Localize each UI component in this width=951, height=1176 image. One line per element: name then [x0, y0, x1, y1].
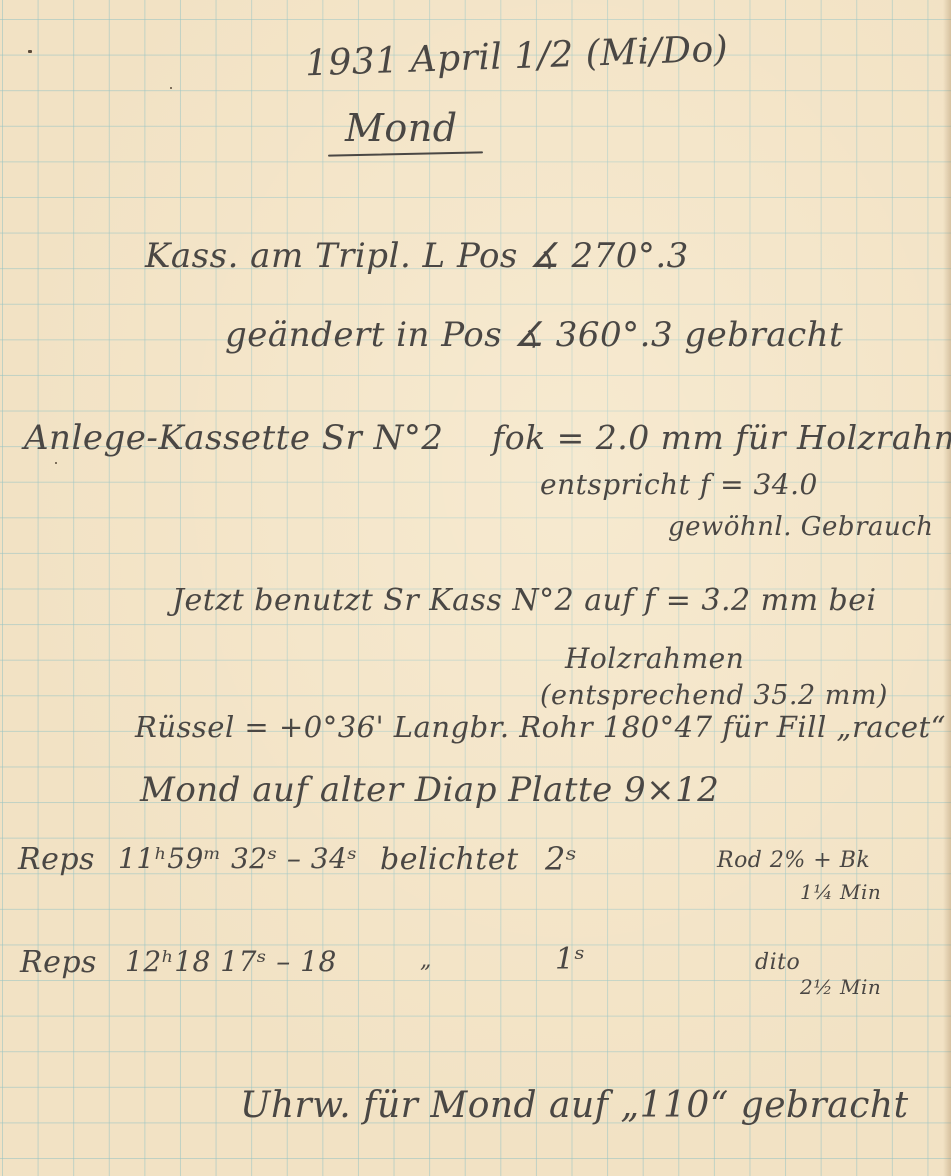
ink-speck: [28, 50, 32, 53]
date-line: 1931 April 1/2 (Mi/Do): [304, 29, 728, 85]
exposure-label: Reps: [18, 842, 95, 877]
ink-speck: [55, 462, 57, 464]
exposure-dev-time: 2½ Min: [800, 975, 881, 999]
note-line-4: entspricht f = 34.0: [540, 468, 818, 501]
exposure-action: belichtet: [380, 842, 519, 877]
title-underline: [328, 151, 483, 156]
notebook-page: 1931 April 1/2 (Mi/Do) Mond Kass. am Tri…: [0, 0, 951, 1176]
note-line-8: (entsprechend 35.2 mm): [540, 680, 888, 711]
exposure-filter: Rod 2% + Bk: [717, 848, 870, 873]
footer-note: Uhrw. für Mond auf „110“ gebracht: [240, 1085, 909, 1126]
note-line-1: Kass. am Tripl. L Pos ∡ 270°.3: [145, 236, 689, 276]
exposure-filter: dito: [755, 950, 800, 975]
page-title: Mond: [345, 106, 458, 150]
exposure-duration: 2ˢ: [545, 840, 577, 878]
ink-speck: [170, 87, 172, 89]
note-line-5: gewöhnl. Gebrauch: [668, 512, 934, 542]
page-edge-shadow: [943, 0, 951, 1176]
exposure-time: 11ʰ59ᵐ 32ˢ – 34ˢ: [118, 842, 357, 875]
exposure-action: „: [420, 948, 432, 973]
exposure-time: 12ʰ18 17ˢ – 18: [125, 945, 337, 978]
note-line-7: Holzrahmen: [565, 642, 744, 675]
note-line-9: Rüssel = +0°36' Langbr. Rohr 180°47 für …: [135, 710, 946, 744]
exposure-dev-time: 1¼ Min: [800, 880, 881, 904]
note-line-2: geändert in Pos ∡ 360°.3 gebracht: [225, 315, 843, 355]
note-line-6: Jetzt benutzt Sr Kass N°2 auf f = 3.2 mm…: [172, 583, 877, 618]
note-line-3-right: fok = 2.0 mm für Holzrahmen: [492, 418, 951, 457]
exposure-label: Reps: [20, 945, 97, 980]
note-line-10: Mond auf alter Diap Platte 9×12: [140, 770, 719, 810]
note-line-3-left: Anlege-Kassette Sr N°2: [24, 418, 444, 458]
exposure-duration: 1ˢ: [555, 942, 585, 977]
